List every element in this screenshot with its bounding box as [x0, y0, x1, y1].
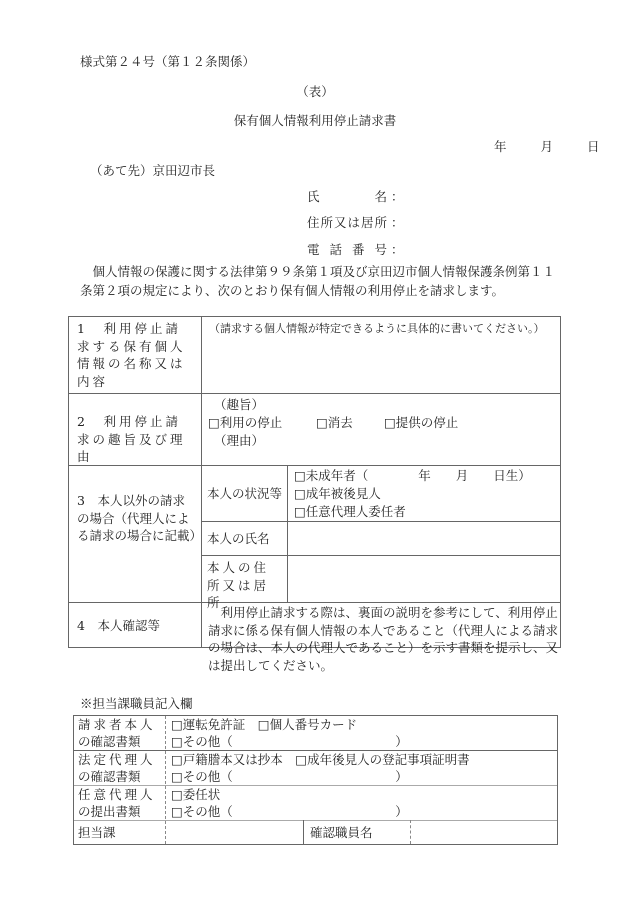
- column-divider: [303, 820, 304, 844]
- option-voluntary-principal[interactable]: □任意代理人委任者: [294, 503, 406, 521]
- person-name-label: 本人の氏名: [207, 530, 270, 548]
- person-address-input[interactable]: [288, 556, 558, 601]
- legal-agent-docs-other[interactable]: □その他（ ）: [171, 768, 408, 785]
- option-minor[interactable]: □未成年者（ 年 月 日生）: [294, 467, 531, 485]
- date-day-label: 日: [587, 137, 600, 155]
- row2-reason-heading: （理由）: [214, 432, 264, 450]
- legal-agent-docs-options[interactable]: □戸籍謄本又は抄本 □成年後見人の登記事項証明書: [171, 751, 470, 768]
- date-year-label: 年: [494, 137, 507, 155]
- option-stop-use[interactable]: □利用の停止: [208, 414, 282, 432]
- requester-docs-options[interactable]: □運転免許証 □個人番号カード: [171, 716, 357, 733]
- staff-section-heading: ※担当課職員記入欄: [80, 694, 193, 712]
- staff-table: 請求者本人 の確認書類 □運転免許証 □個人番号カード □その他（ ） 法定代理…: [73, 715, 558, 845]
- legal-agent-docs-label-2: の確認書類: [78, 768, 141, 785]
- form-number: 様式第２４号（第１２条関係）: [80, 52, 255, 70]
- department-label: 担当課: [78, 824, 116, 841]
- department-input[interactable]: [166, 821, 302, 843]
- staff-name-label: 確認職員名: [310, 824, 373, 841]
- person-status-label: 本人の状況等: [207, 485, 282, 503]
- voluntary-agent-docs-label-2: の提出書類: [78, 803, 141, 820]
- row4-text: 利用停止請求する際は、裏面の説明を参考にして、利用停止請求に係る保有個人情報の本…: [208, 604, 558, 674]
- date-month-label: 月: [540, 137, 553, 155]
- intro-paragraph: 個人情報の保護に関する法律第９９条第１項及び京田辺市個人情報保護条例第１１条第２…: [80, 262, 561, 300]
- option-erasure[interactable]: □消去: [316, 414, 353, 432]
- row3-label: 3 本人以外の請求の場合（代理人による請求の場合に記載）: [77, 492, 197, 545]
- requester-docs-label-2: の確認書類: [78, 733, 141, 750]
- applicant-name-label: 氏名: [307, 187, 387, 205]
- row-divider: [69, 602, 560, 603]
- row1-label: 1 利用停止請求する保有個人情報の名称又は内容: [77, 320, 195, 390]
- row1-input[interactable]: [202, 339, 558, 391]
- person-name-input[interactable]: [288, 522, 558, 554]
- row2-label: 2 利用停止請求の趣旨及び理由: [77, 413, 195, 466]
- addressee: （あて先）京田辺市長: [90, 161, 215, 179]
- option-stop-provision[interactable]: □提供の停止: [384, 414, 458, 432]
- applicant-name-row[interactable]: 氏名：: [307, 187, 404, 205]
- applicant-phone-label: 電話番号: [307, 240, 387, 258]
- staff-name-input[interactable]: [411, 821, 555, 843]
- legal-agent-docs-label-1: 法定代理人: [78, 751, 156, 768]
- requester-docs-other[interactable]: □その他（ ）: [171, 733, 408, 750]
- applicant-phone-row[interactable]: 電話番号：: [307, 240, 404, 258]
- option-adult-ward[interactable]: □成年被後見人: [294, 485, 381, 503]
- requester-docs-label-1: 請求者本人: [78, 716, 156, 733]
- request-table: 1 利用停止請求する保有個人情報の名称又は内容 （請求する個人情報が特定できるよ…: [68, 316, 561, 648]
- voluntary-agent-docs-label-1: 任意代理人: [78, 786, 156, 803]
- row1-hint: （請求する個人情報が特定できるように具体的に書いてください。）: [209, 320, 559, 338]
- applicant-address-row[interactable]: 住所又は居所：: [307, 213, 404, 231]
- row4-label: 4 本人確認等: [77, 617, 160, 635]
- applicant-address-label: 住所又は居所: [307, 213, 387, 231]
- document-title: 保有個人情報利用停止請求書: [0, 111, 630, 129]
- voluntary-agent-docs-options[interactable]: □委任状: [171, 786, 220, 803]
- row-divider: [69, 393, 560, 394]
- side-label: （表）: [0, 82, 630, 100]
- date-line: 年 月 日: [444, 137, 599, 155]
- row2-purpose-heading: （趣旨）: [214, 396, 264, 414]
- voluntary-agent-docs-other[interactable]: □その他（ ）: [171, 803, 408, 820]
